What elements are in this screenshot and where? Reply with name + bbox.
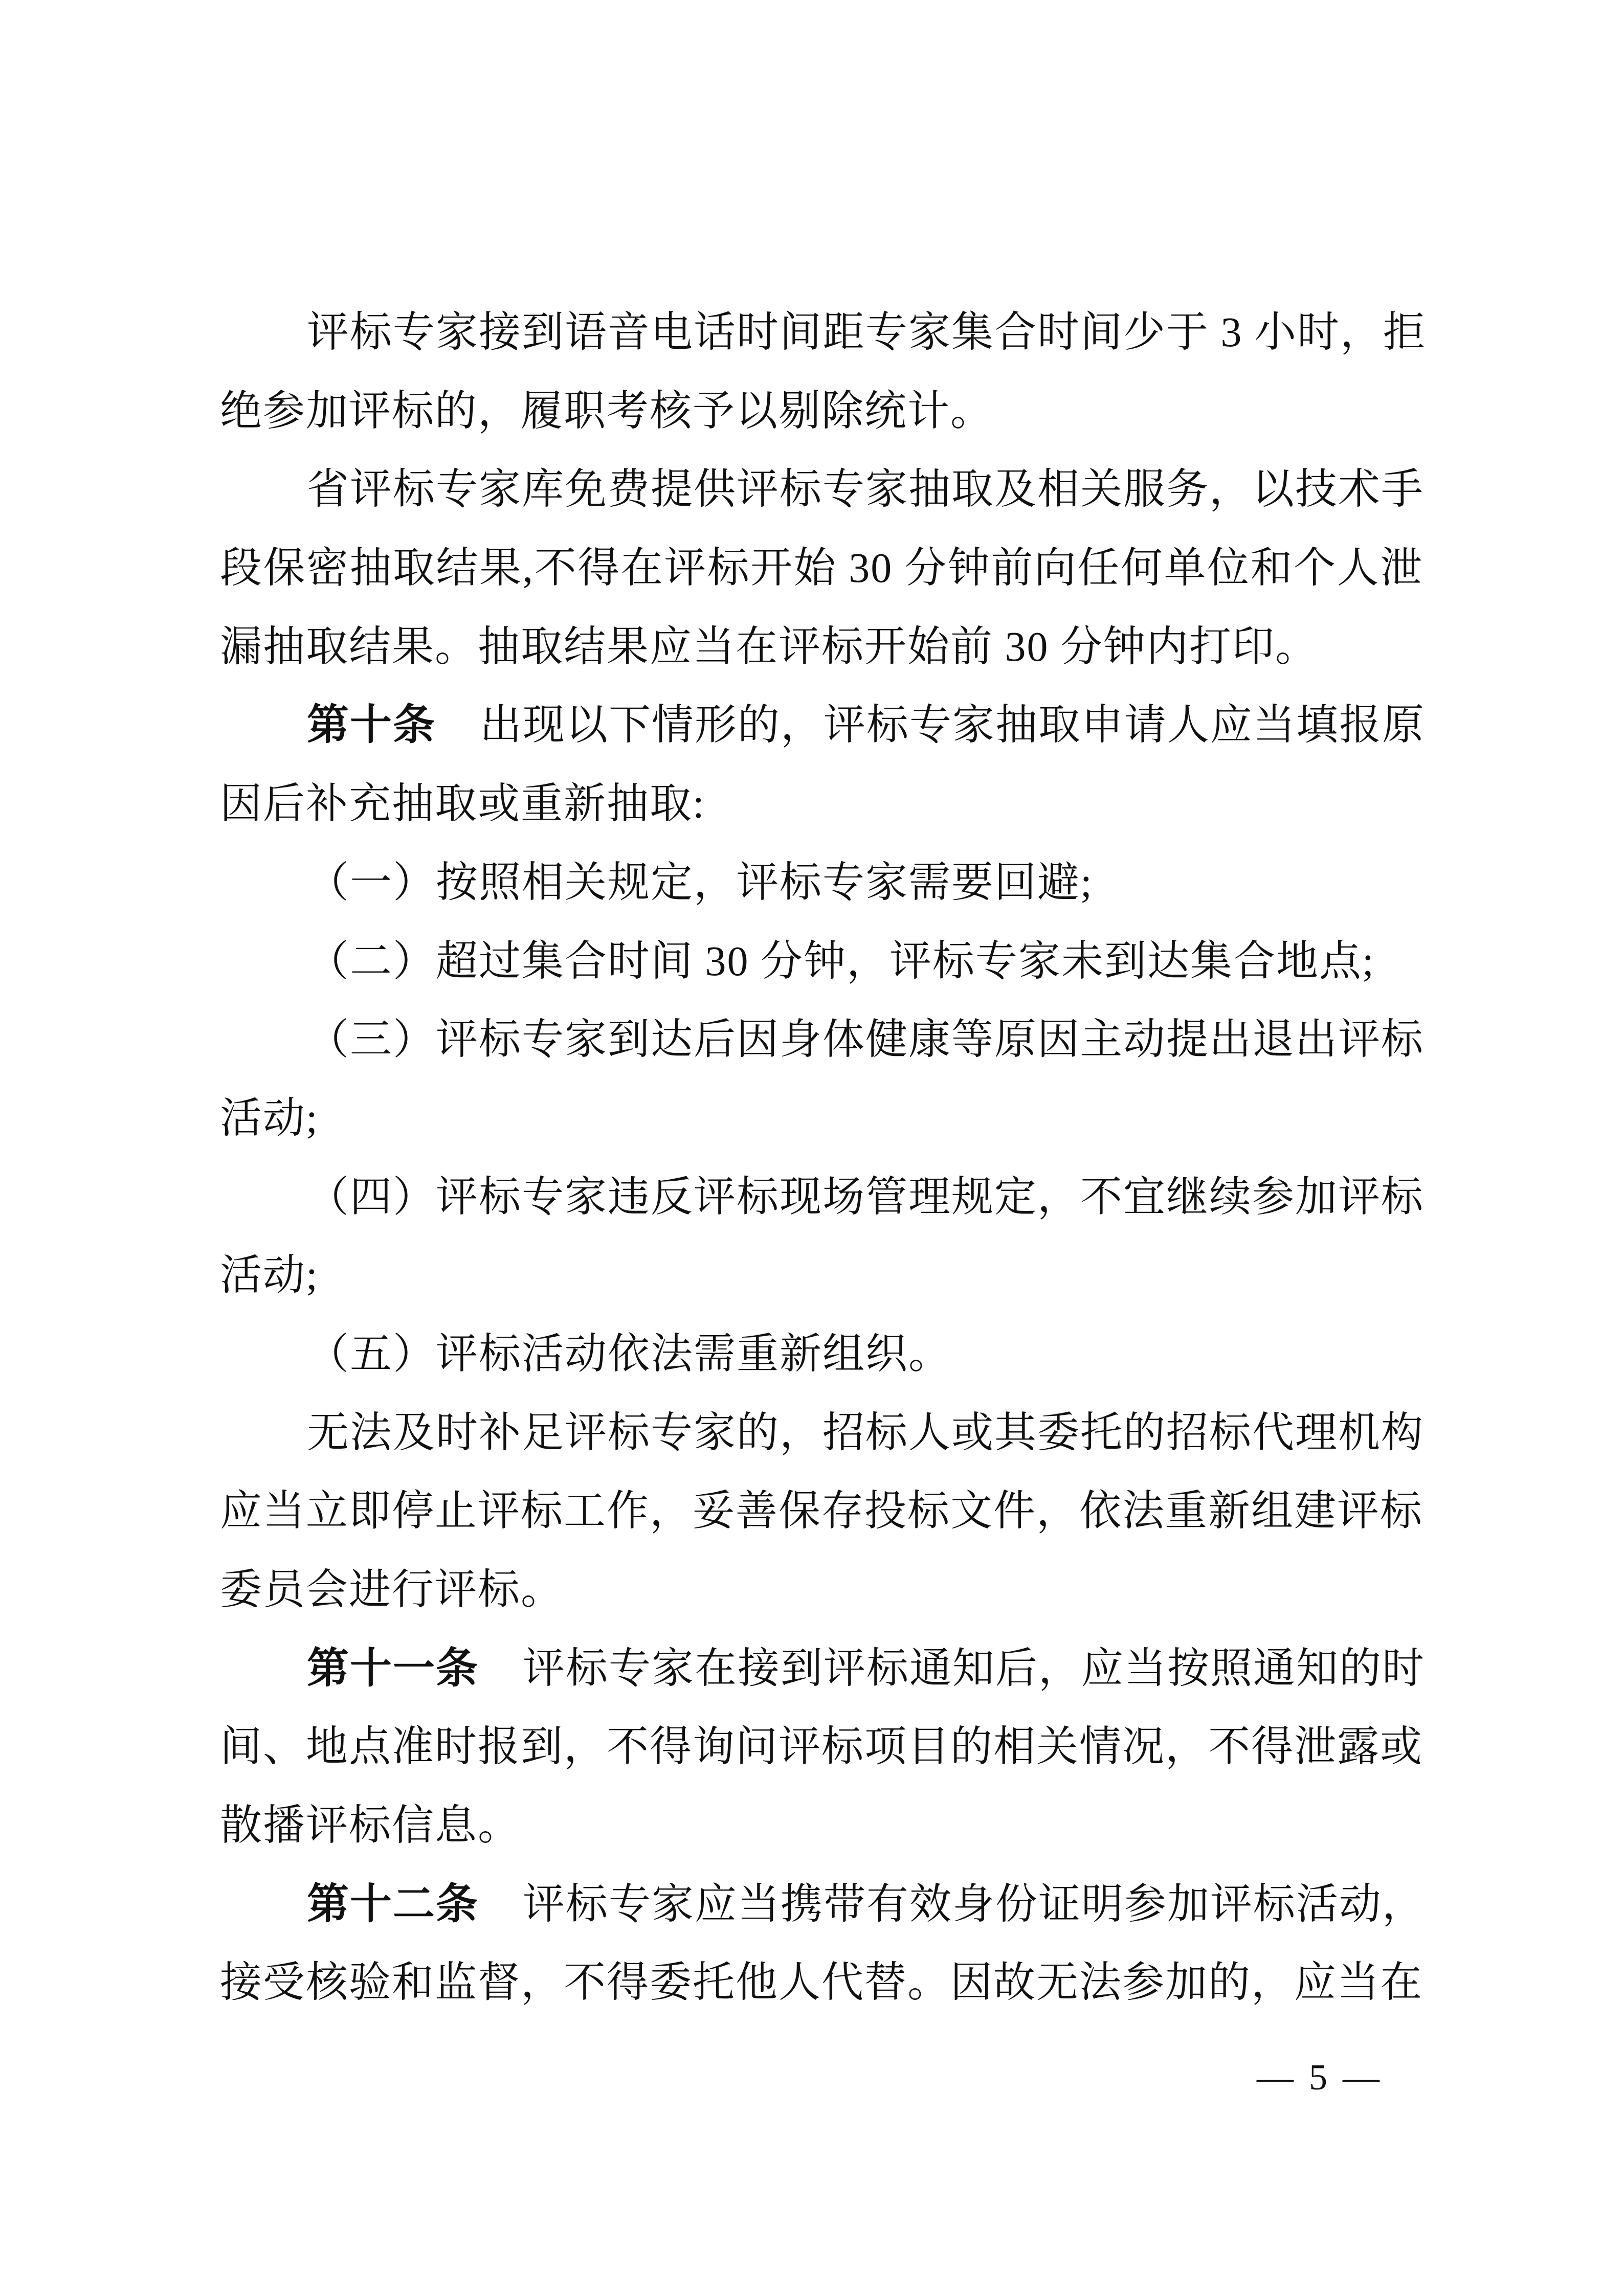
text-line: 间、地点准时报到，不得询问评标项目的相关情况，不得泄露或 — [220, 1721, 1423, 1800]
article-10-line: 第十条出现以下情形的，评标专家抽取申请人应当填报原 — [220, 700, 1423, 778]
list-item-continuation: 活动; — [220, 1250, 1423, 1329]
list-item: （一）按照相关规定，评标专家需要回避; — [220, 857, 1423, 936]
text-line: 评标专家在接到评标通知后，应当按照通知的时 — [523, 1645, 1425, 1692]
text-line: 应当立即停止评标工作，妥善保存投标文件，依法重新组建评标 — [220, 1485, 1423, 1564]
document-body: 评标专家接到语音电话时间距专家集合时间少于 3 小时，拒 绝参加评标的，履职考核… — [220, 307, 1423, 2036]
page-number: — 5 — — [1243, 2057, 1396, 2098]
article-heading: 第十二条 — [307, 1880, 479, 1928]
text-line: 段保密抽取结果,不得在评标开始 30 分钟前向任何单位和个人泄 — [220, 543, 1423, 621]
text-line: 评标专家应当携带有效身份证明参加评标活动， — [523, 1881, 1425, 1927]
text-line: 评标专家接到语音电话时间距专家集合时间少于 3 小时，拒 — [220, 307, 1423, 386]
list-item: （三）评标专家到达后因身体健康等原因主动提出退出评标 — [220, 1014, 1423, 1093]
text-line: 接受核验和监督，不得委托他人代替。因故无法参加的，应当在 — [220, 1957, 1423, 2036]
article-12-line: 第十二条评标专家应当携带有效身份证明参加评标活动， — [220, 1879, 1423, 1957]
text-line: 因后补充抽取或重新抽取: — [220, 778, 1423, 857]
article-heading: 第十条 — [307, 701, 436, 749]
list-item: （四）评标专家违反评标现场管理规定，不宜继续参加评标 — [220, 1172, 1423, 1250]
text-line: 绝参加评标的，履职考核予以剔除统计。 — [220, 386, 1423, 464]
document-page: 评标专家接到语音电话时间距专家集合时间少于 3 小时，拒 绝参加评标的，履职考核… — [0, 0, 1624, 2296]
list-item: （二）超过集合时间 30 分钟，评标专家未到达集合地点; — [220, 936, 1423, 1015]
text-line: 委员会进行评标。 — [220, 1564, 1423, 1643]
article-11-line: 第十一条评标专家在接到评标通知后，应当按照通知的时 — [220, 1643, 1423, 1722]
list-item: （五）评标活动依法需重新组织。 — [220, 1329, 1423, 1407]
text-line: 出现以下情形的，评标专家抽取申请人应当填报原 — [480, 702, 1425, 748]
article-heading: 第十一条 — [307, 1644, 479, 1693]
text-line: 漏抽取结果。抽取结果应当在评标开始前 30 分钟内打印。 — [220, 621, 1423, 700]
list-item-continuation: 活动; — [220, 1093, 1423, 1172]
text-line: 省评标专家库免费提供评标专家抽取及相关服务，以技术手 — [220, 464, 1423, 543]
text-line: 无法及时补足评标专家的，招标人或其委托的招标代理机构 — [220, 1407, 1423, 1486]
text-line: 散播评标信息。 — [220, 1800, 1423, 1879]
